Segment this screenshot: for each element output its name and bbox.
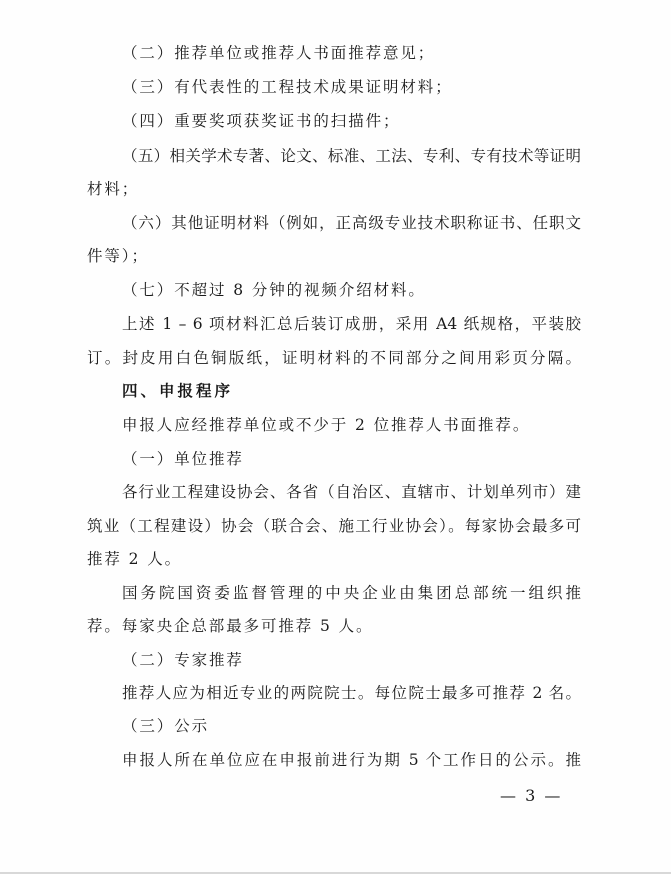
binding-note: 上述 1 – 6 项材料汇总后装订成册，采用 A4 纸规格，平装胶 [122, 314, 581, 334]
subheading-unit-recommendation: （一）单位推荐 [122, 449, 581, 469]
list-item-7: （七）不超过 8 分钟的视频介绍材料。 [122, 280, 581, 300]
procedure-intro: 申报人应经推荐单位或不少于 2 位推荐人书面推荐。 [122, 415, 581, 435]
unit-recommendation-para-end: 推荐 2 人。 [87, 549, 581, 569]
subheading-expert-recommendation: （二）专家推荐 [122, 650, 581, 670]
unit-recommendation-para: 各行业工程建设协会、各省（自治区、直辖市、计划单列市）建 [122, 482, 581, 502]
binding-note-cont: 订。封皮用白色铜版纸，证明材料的不同部分之间用彩页分隔。 [87, 348, 581, 368]
expert-recommendation-para: 推荐人应为相近专业的两院院士。每位院士最多可推荐 2 名。 [122, 683, 581, 703]
list-item-5: （五）相关学术专著、论文、标准、工法、专利、专有技术等证明 [122, 146, 581, 166]
list-item-6-cont: 件等）； [87, 246, 581, 266]
list-item-3: （三）有代表性的工程技术成果证明材料； [122, 77, 581, 97]
subheading-publicity: （三）公示 [122, 716, 581, 736]
list-item-5-cont: 材料； [87, 179, 581, 199]
document-page: （二）推荐单位或推荐人书面推荐意见； （三）有代表性的工程技术成果证明材料； （… [0, 0, 671, 872]
soe-recommendation-para-cont: 荐。每家央企总部最多可推荐 5 人。 [87, 616, 581, 636]
list-item-4: （四）重要奖项获奖证书的扫描件； [122, 111, 581, 131]
section-heading-procedure: 四、申报程序 [122, 381, 581, 401]
unit-recommendation-para-cont: 筑业（工程建设）协会（联合会、施工行业协会）。每家协会最多可 [87, 516, 581, 536]
publicity-para: 申报人所在单位应在申报前进行为期 5 个工作日的公示。推 [122, 750, 581, 770]
soe-recommendation-para: 国务院国资委监督管理的中央企业由集团总部统一组织推 [122, 583, 581, 603]
list-item-2: （二）推荐单位或推荐人书面推荐意见； [122, 43, 581, 63]
page-number: — 3 — [500, 786, 562, 805]
list-item-6: （六）其他证明材料（例如，正高级专业技术职称证书、任职文 [122, 213, 581, 233]
